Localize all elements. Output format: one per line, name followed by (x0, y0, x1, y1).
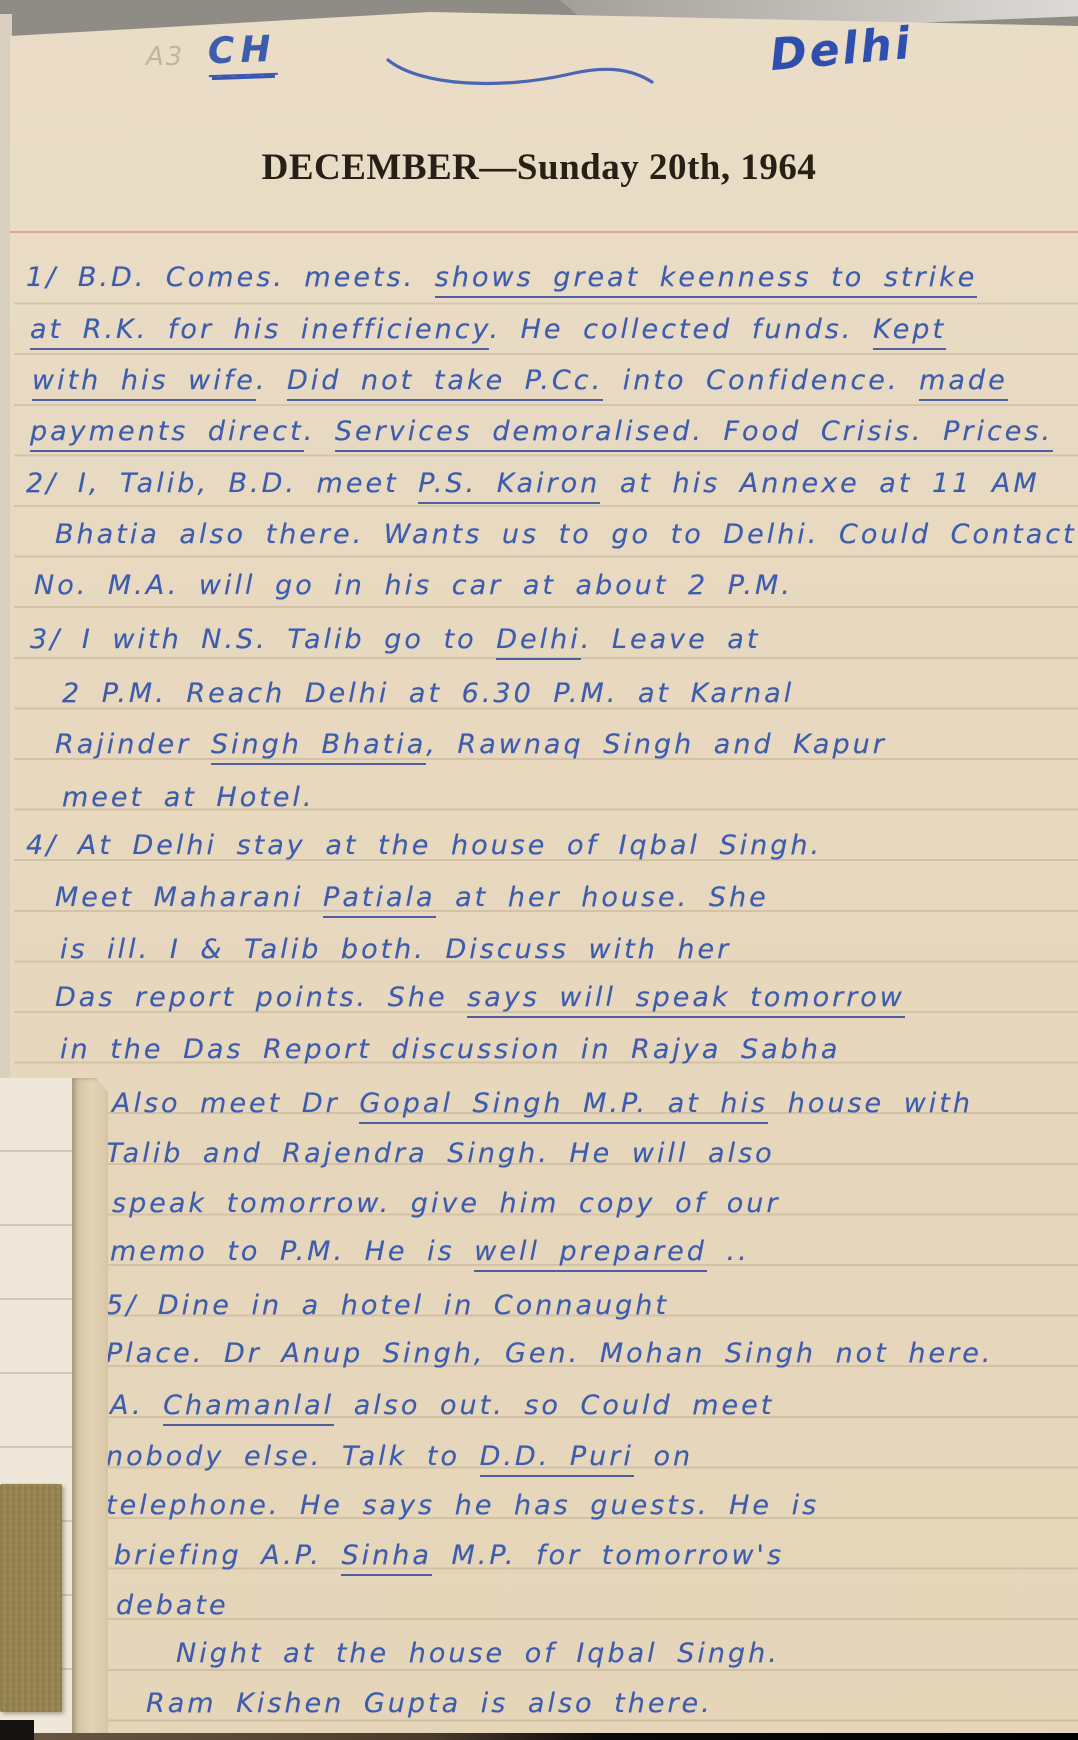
diary-line: Talib and Rajendra Singh. He will also (106, 1140, 775, 1167)
underlined-phrase: made (919, 365, 1008, 401)
scan-bottom-corner (0, 1720, 34, 1740)
diary-line: Also meet Dr Gopal Singh M.P. at his hou… (112, 1090, 973, 1117)
phrase: Talib and Rajendra Singh. He will also (106, 1138, 775, 1169)
phrase: A. (110, 1390, 163, 1421)
phrase: on (634, 1441, 693, 1472)
phrase: 2/ I, Talib, B.D. meet (26, 468, 418, 499)
phrase: Night at the house of Iqbal Singh. (176, 1638, 780, 1669)
diary-line: No. M.A. will go in his car at about 2 P… (34, 572, 793, 599)
underlined-phrase: well prepared (474, 1236, 707, 1272)
phrase: , Rawnaq Singh and Kapur (426, 729, 887, 760)
phrase: 4/ At Delhi stay at the house of Iqbal S… (26, 830, 822, 861)
diary-line: A. Chamanlal also out. so Could meet (110, 1392, 774, 1419)
phrase: telephone. He says he has guests. He is (106, 1490, 819, 1521)
underlined-phrase: Sinha (341, 1540, 431, 1576)
underlined-phrase: Delhi (496, 624, 581, 660)
diary-line: Ram Kishen Gupta is also there. (146, 1690, 713, 1717)
diary-line: with his wife. Did not take P.Cc. into C… (32, 367, 1008, 394)
phrase: nobody else. Talk to (106, 1441, 480, 1472)
underlined-phrase: says will speak tomorrow (467, 982, 905, 1018)
phrase: in the Das Report discussion in Rajya Sa… (60, 1034, 840, 1065)
underlined-phrase: Kept (873, 314, 946, 350)
phrase: Place. Dr Anup Singh, Gen. Mohan Singh n… (106, 1338, 993, 1369)
underlined-phrase: D.D. Puri (480, 1441, 634, 1477)
underlined-phrase: Chamanlal (163, 1390, 334, 1426)
diary-line: Meet Maharani Patiala at her house. She (55, 884, 769, 911)
phrase: speak tomorrow. give him copy of our (112, 1188, 780, 1219)
underlined-phrase: shows great keenness to strike (435, 262, 978, 298)
phrase: at her house. She (436, 882, 769, 913)
phrase: . (304, 416, 335, 447)
underlined-phrase: Singh Bhatia (211, 729, 426, 765)
handwritten-entries: 1/ B.D. Comes. meets. shows great keenne… (0, 0, 1078, 1740)
underlined-phrase: Patiala (323, 882, 436, 918)
diary-line: meet at Hotel. (62, 784, 315, 811)
scanned-diary-photo: A3 CH Delhi DECEMBER—Sunday 20th, 1964 1… (0, 0, 1078, 1740)
phrase: . He collected funds. (489, 314, 873, 345)
phrase: debate (116, 1590, 229, 1621)
diary-line: in the Das Report discussion in Rajya Sa… (60, 1036, 840, 1063)
diary-line: 5/ Dine in a hotel in Connaught (106, 1292, 669, 1319)
underlined-phrase: with his wife (32, 365, 256, 401)
diary-line: 1/ B.D. Comes. meets. shows great keenne… (26, 264, 977, 291)
diary-line: 2 P.M. Reach Delhi at 6.30 P.M. at Karna… (62, 680, 794, 707)
underlined-phrase: payments direct (30, 416, 304, 452)
torn-page-edge (72, 1078, 108, 1740)
phrase: .. (707, 1236, 750, 1267)
diary-line: speak tomorrow. give him copy of our (112, 1190, 780, 1217)
diary-line: telephone. He says he has guests. He is (106, 1492, 819, 1519)
phrase: 2 P.M. Reach Delhi at 6.30 P.M. at Karna… (62, 678, 794, 709)
phrase: briefing A.P. (114, 1540, 341, 1571)
phrase: Ram Kishen Gupta is also there. (146, 1688, 713, 1719)
scan-bottom-edge (0, 1733, 1078, 1740)
diary-line: 2/ I, Talib, B.D. meet P.S. Kairon at hi… (26, 470, 1040, 497)
diary-line: Rajinder Singh Bhatia, Rawnaq Singh and … (55, 731, 887, 758)
diary-line: debate (116, 1592, 229, 1619)
diary-line: Place. Dr Anup Singh, Gen. Mohan Singh n… (106, 1340, 993, 1367)
diary-line: nobody else. Talk to D.D. Puri on (106, 1443, 693, 1470)
phrase: also out. so Could meet (334, 1390, 774, 1421)
phrase: into Confidence. (603, 365, 919, 396)
phrase: Bhatia also there. Wants us to go to Del… (55, 519, 1077, 550)
phrase: Das report points. She (55, 982, 467, 1013)
diary-line: is ill. I & Talib both. Discuss with her (60, 936, 731, 963)
phrase: 3/ I with N.S. Talib go to (30, 624, 496, 655)
diary-page: A3 CH Delhi DECEMBER—Sunday 20th, 1964 1… (0, 0, 1078, 1740)
phrase: . Leave at (581, 624, 761, 655)
phrase: house with (768, 1088, 973, 1119)
diary-line: Night at the house of Iqbal Singh. (176, 1640, 780, 1667)
phrase: M.P. for tomorrow's (432, 1540, 784, 1571)
phrase: . (256, 365, 287, 396)
phrase: Rajinder (55, 729, 211, 760)
underlined-phrase: Services demoralised. Food Crisis. Price… (335, 416, 1053, 452)
underlined-phrase: Gopal Singh M.P. at his (359, 1088, 768, 1124)
phrase: is ill. I & Talib both. Discuss with her (60, 934, 731, 965)
cloth-bookmark (0, 1484, 62, 1712)
diary-line: at R.K. for his inefficiency. He collect… (30, 316, 946, 343)
phrase: 1/ B.D. Comes. meets. (26, 262, 435, 293)
underlined-phrase: P.S. Kairon (418, 468, 600, 504)
diary-line: memo to P.M. He is well prepared .. (110, 1238, 750, 1265)
diary-line: 3/ I with N.S. Talib go to Delhi. Leave … (30, 626, 760, 653)
diary-line: payments direct. Services demoralised. F… (30, 418, 1053, 445)
phrase: Meet Maharani (55, 882, 323, 913)
diary-line: Bhatia also there. Wants us to go to Del… (55, 521, 1077, 548)
phrase: memo to P.M. He is (110, 1236, 474, 1267)
phrase: Also meet Dr (112, 1088, 359, 1119)
phrase: 5/ Dine in a hotel in Connaught (106, 1290, 669, 1321)
underlined-phrase: at R.K. for his inefficiency (30, 314, 489, 350)
phrase: No. M.A. will go in his car at about 2 P… (34, 570, 793, 601)
diary-line: Das report points. She says will speak t… (55, 984, 905, 1011)
phrase: at his Annexe at 11 AM (600, 468, 1039, 499)
underlined-phrase: Did not take P.Cc. (287, 365, 603, 401)
diary-line: briefing A.P. Sinha M.P. for tomorrow's (114, 1542, 784, 1569)
phrase: meet at Hotel. (62, 782, 315, 813)
diary-line: 4/ At Delhi stay at the house of Iqbal S… (26, 832, 822, 859)
